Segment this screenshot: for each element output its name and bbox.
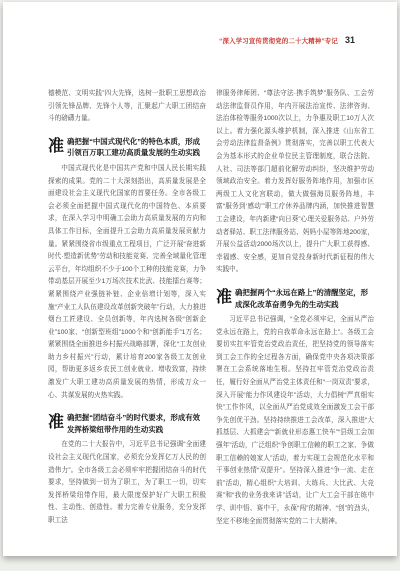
section-heading-1-text: 确把握“中国式现代化”的特色本质，形成引领百万职工建功高质量发展的生动实践 xyxy=(67,137,200,158)
section-heading-2-text: 确把握“团结奋斗”的时代要求，形成有效发挥桥梁纽带作用的生动实践 xyxy=(67,413,200,434)
paragraph-continuation-right: 律服务律师团、“尊法守法·携手筑梦”服务队、工会劳动法律监督员作用，年内开展法治… xyxy=(216,88,374,277)
section-heading-1: 准确把握“中国式现代化”的特色本质，形成引领百万职工建功高质量发展的生动实践 xyxy=(48,136,206,159)
paragraph-section-2: 在党的二十大报告中，习近平总书记强调“全面建设社会主义现代化国家，必须充分发挥亿… xyxy=(48,439,206,527)
dropcap-zhun-2: 准 xyxy=(48,412,64,433)
column-right: 律服务律师团、“尊法守法·携手筑梦”服务队、工会劳动法律监督员作用，年内开展法治… xyxy=(216,88,374,528)
paragraph-continuation-left: 德模范、文明实践”四大先锋，选树一批职工思想政治引领先锋品牌、先锋个人等，汇聚起… xyxy=(48,88,206,126)
column-title: “深入学习宣传贯彻党的二十大精神”专记 xyxy=(219,36,338,45)
column-left: 德模范、文明实践”四大先锋，选树一批职工思想政治引领先锋品牌、先锋个人等，汇聚起… xyxy=(48,88,206,528)
dropcap-zhun-1: 准 xyxy=(48,136,64,157)
journal-page: “深入学习宣传贯彻党的二十大精神”专记 31 德模范、文明实践”四大先锋，选树一… xyxy=(3,2,397,556)
paragraph-section-3: 习近平总书记强调，“全党必须牢记，全面从严治党永远在路上，党的自我革命永远在路上… xyxy=(216,314,374,528)
section-heading-2: 准确把握“团结奋斗”的时代要求，形成有效发挥桥梁纽带作用的生动实践 xyxy=(48,412,206,435)
running-head: “深入学习宣传贯彻党的二十大精神”专记 31 xyxy=(3,35,355,45)
section-heading-3: 准确把握两个“永远在路上”的清醒坚定，形成深化改革奋勇争先的生动实践 xyxy=(216,287,374,310)
section-heading-3-text: 确把握两个“永远在路上”的清醒坚定，形成深化改革奋勇争先的生动实践 xyxy=(235,288,368,309)
page-number: 31 xyxy=(345,35,355,45)
paragraph-section-1: 中国式现代化是中国共产党和中国人民长期实践探索的成果。党的二十大深刻指出，高质量… xyxy=(48,163,206,402)
dropcap-zhun-3: 准 xyxy=(216,287,232,308)
